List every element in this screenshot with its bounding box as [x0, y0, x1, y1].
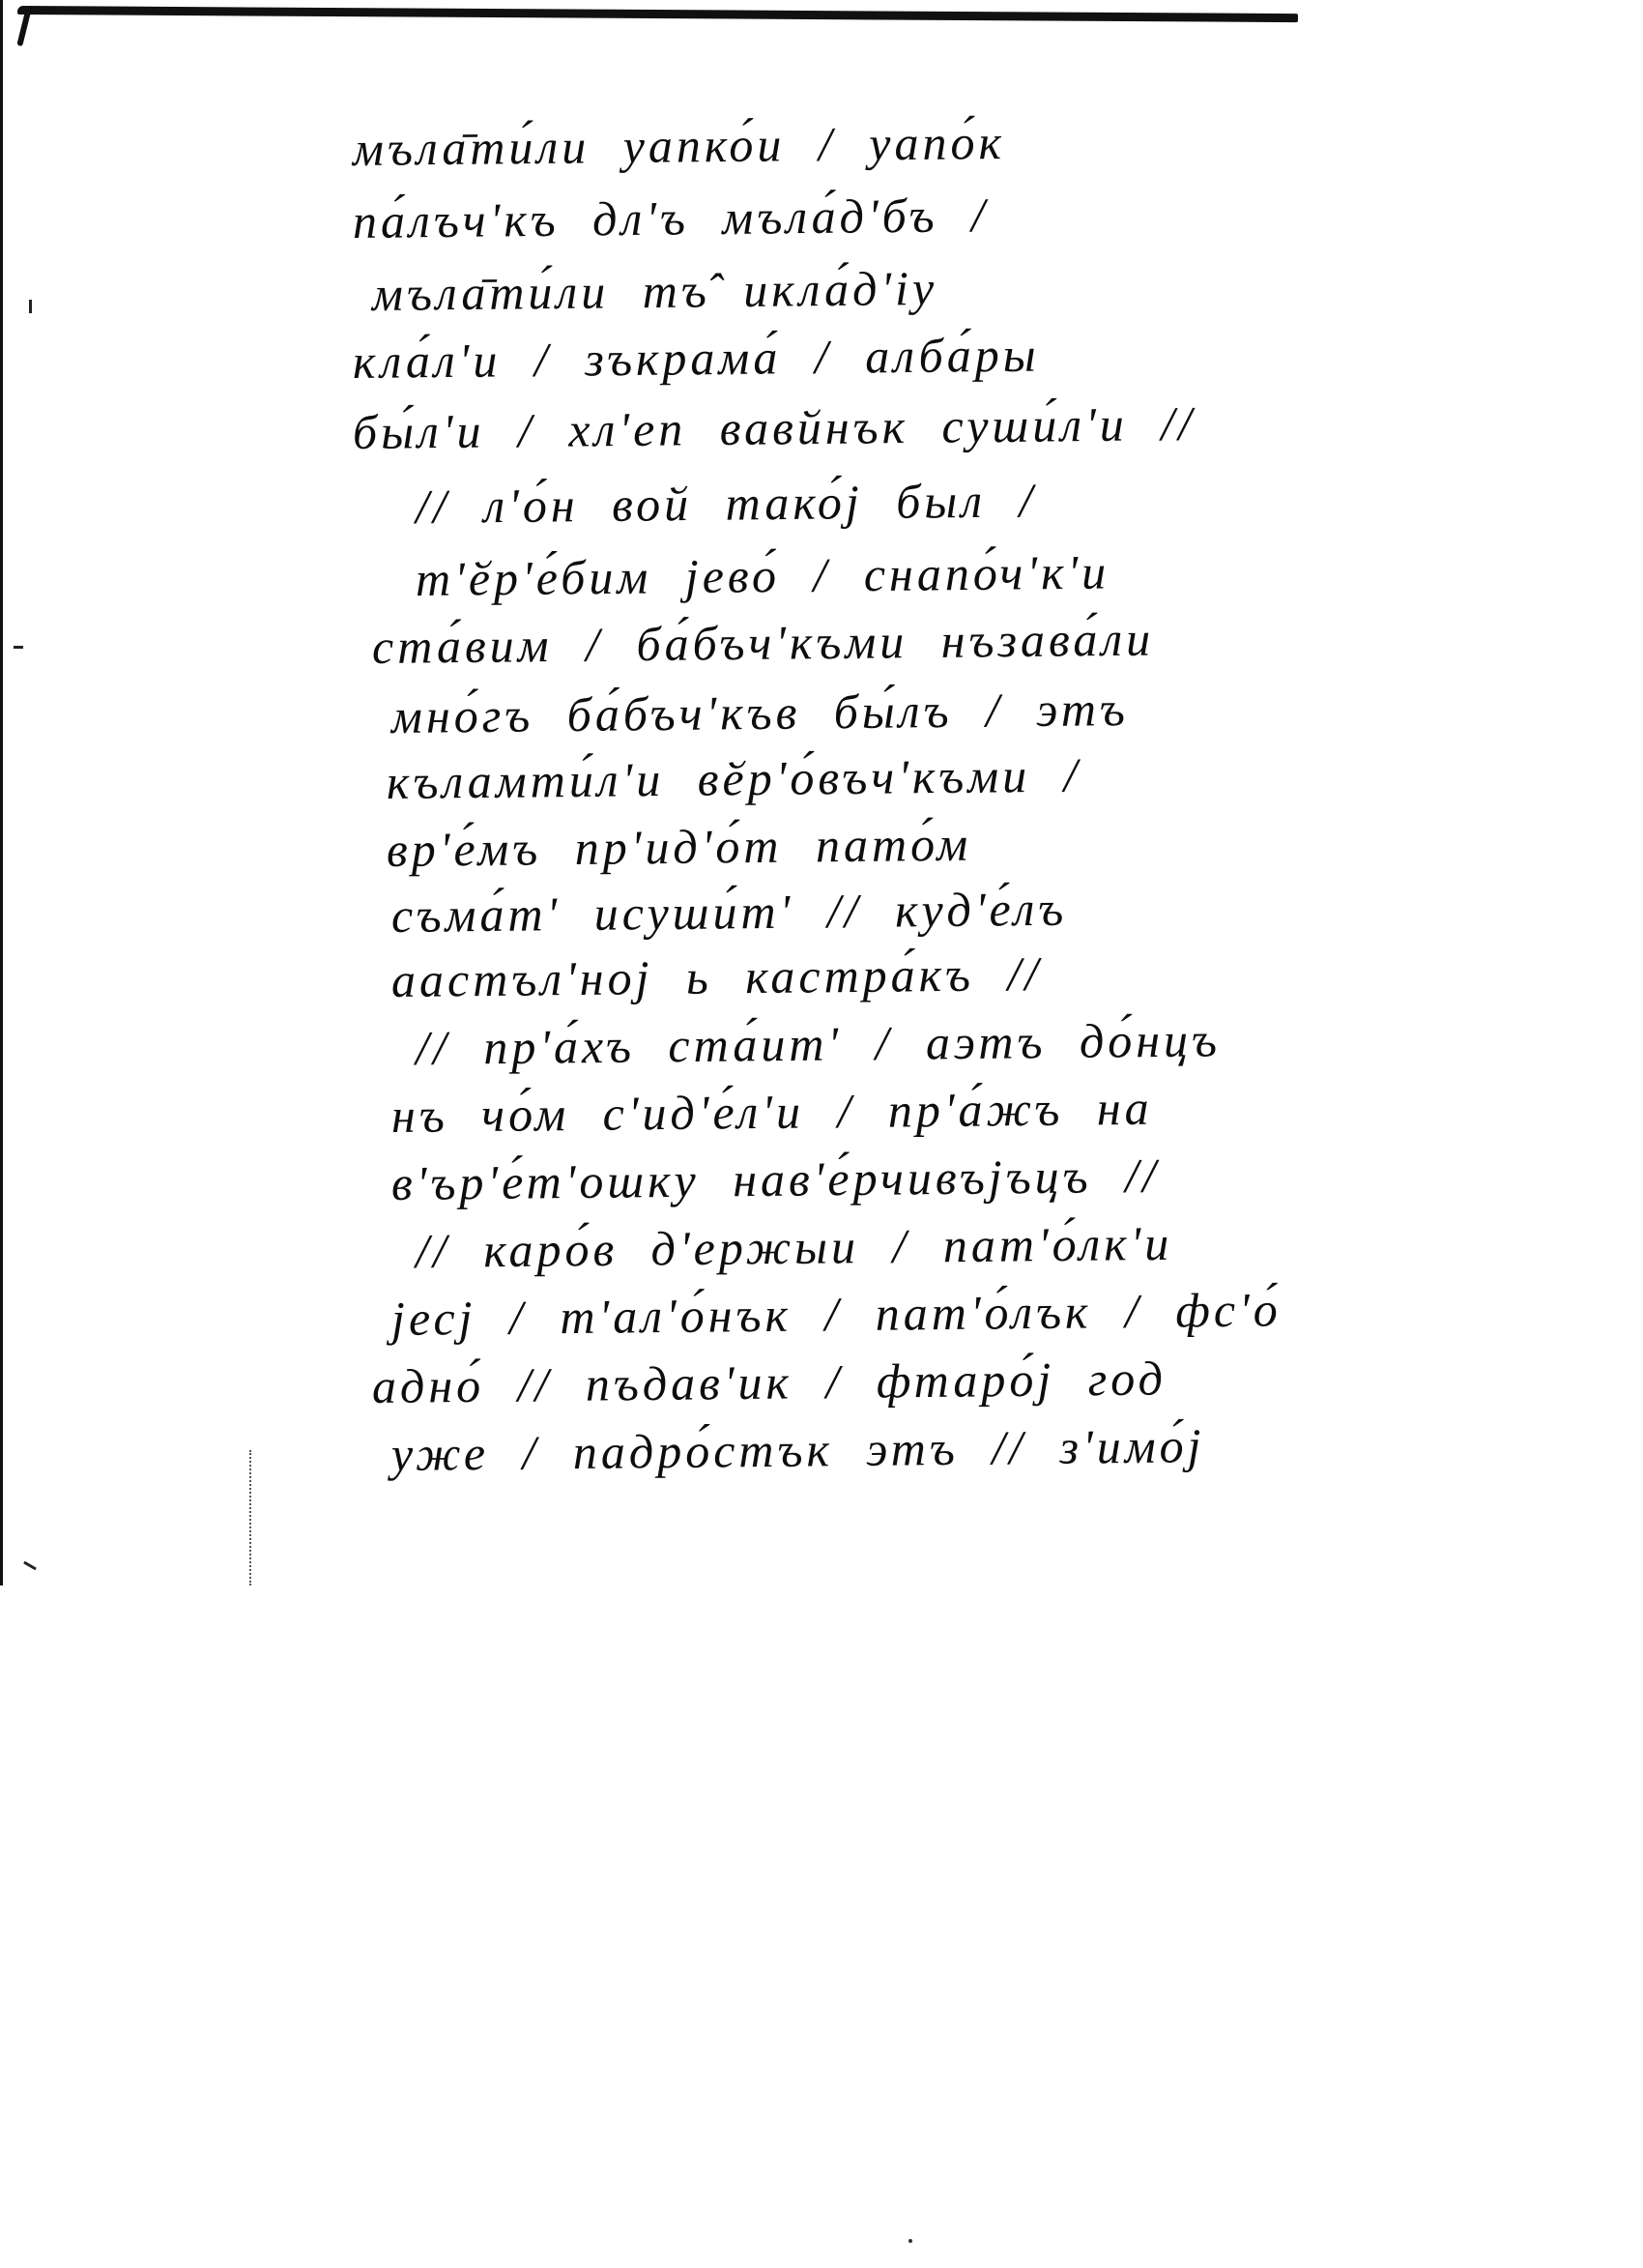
text-line: съма́т' исуши́т' // куд'е́лъ: [391, 881, 1068, 944]
text-line: ста́вим / ба́бъч'къми нъзава́ли: [372, 611, 1155, 675]
text-line: јесј / т'ал'о́нък / пат'о́лък / фс'о́: [391, 1281, 1282, 1347]
text-line: т'ӗр'е́бим јево́ / снапо́ч'к'и: [416, 543, 1110, 607]
margin-tick-mark: [23, 1561, 37, 1571]
text-line: // л'о́н вой тако́ј был /: [416, 472, 1037, 535]
margin-tick-mark: [14, 646, 23, 649]
text-line: // пр'а́хъ ста́ит' / аэтъ до́нцъ: [416, 1011, 1222, 1076]
text-line: в'ър'е́т'ошку нав'е́рчивъјъцъ //: [391, 1148, 1160, 1211]
text-line: па́лъч'къ дл'ъ мъла́д'бъ /: [353, 187, 989, 249]
text-line: аастъл'ној ь кастра́къ //: [391, 945, 1043, 1008]
scan-speck: [908, 2239, 912, 2243]
text-line: мно́гъ ба́бъч'къв бы́лъ / этъ: [391, 681, 1129, 744]
top-ink-rule: [17, 6, 1298, 22]
margin-dotted-line: [249, 1450, 253, 1585]
text-line: нъ чо́м с'ид'е́л'и / пр'а́жъ на: [391, 1080, 1153, 1144]
text-line: вр'е́мъ пр'ид'о́т пато́м: [387, 816, 972, 878]
text-line: мъла̄ти́ли тъ̂ икла́д'іу: [372, 260, 938, 322]
text-line: бы́л'и / хл'еп вавйнък суши́л'и //: [353, 395, 1196, 460]
margin-tick-mark: [29, 300, 32, 313]
text-line: кла́л'и / зъкрама́ / алба́ры: [353, 327, 1040, 390]
text-line: адно́ // пъдав'ик / фтаро́ј год: [372, 1350, 1167, 1414]
text-line: // каро́в д'ержыи / пат'о́лк'и: [416, 1215, 1173, 1279]
text-line: къламти́л'и вӗр'о́въч'къми /: [387, 746, 1081, 810]
page-left-edge: [0, 0, 3, 1585]
text-line: мъла̄ти́ли уапко́и / уапо́к: [353, 114, 1005, 177]
text-line: уже / падро́стък этъ // з'имо́ј: [391, 1417, 1205, 1482]
scanned-page: мъла̄ти́ли уапко́и / уапо́к па́лъч'къ дл…: [0, 0, 1643, 2268]
